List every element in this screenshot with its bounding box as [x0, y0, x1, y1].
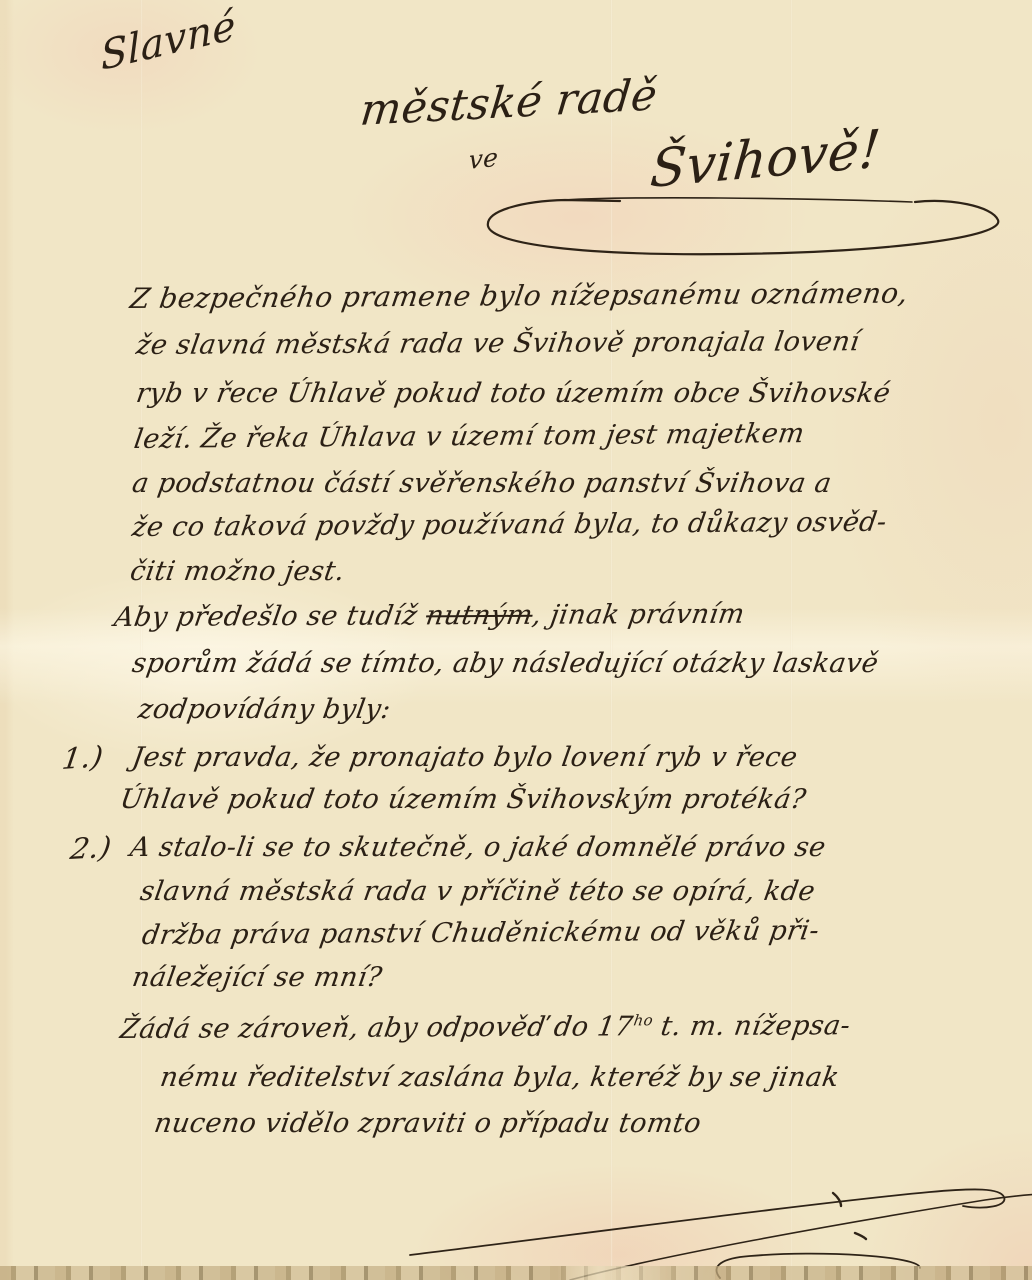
signature-flourish: [400, 1170, 1032, 1280]
list-number-1: 1.): [60, 739, 106, 776]
body-line: zodpovídány byly:: [136, 694, 393, 725]
heading-addressee: městské radě: [358, 70, 660, 136]
body-line: ryb v řece Úhlavě pokud toto územím obce…: [134, 378, 893, 409]
body-line-with-correction: Aby předešlo se tudíž nutným, jinak práv…: [112, 599, 747, 633]
struck-word: nutným: [424, 600, 535, 632]
scan-bottom-edge: [0, 1266, 1032, 1280]
body-text: Žádá se zároveň, aby odpověď do 17: [118, 1011, 635, 1045]
body-line: nuceno vidělo zpraviti o případu tomto: [152, 1108, 703, 1139]
body-line: sporům žádá se tímto, aby následující ot…: [130, 648, 881, 679]
heading-preposition: ve: [468, 143, 499, 175]
body-text: t. m. nížepsa-: [650, 1010, 853, 1042]
body-text: , jinak právním: [530, 599, 747, 631]
body-text: Aby předešlo se tudíž: [112, 600, 429, 633]
heading-salutation: Slavné: [100, 2, 237, 80]
list-number-2: 2.): [68, 830, 114, 866]
body-line: leží. Že řeka Úhlava v území tom jest ma…: [132, 418, 807, 455]
body-line: a podstatnou částí svěřenského panství Š…: [130, 468, 834, 499]
body-line: čiti možno jest.: [128, 556, 347, 587]
letter-page: Slavné městské radě ve Švihově! Z bezpeč…: [0, 0, 1032, 1280]
body-line: že co taková povždy používaná byla, to d…: [130, 507, 889, 543]
body-line: držba práva panství Chuděnickému od věků…: [140, 915, 821, 951]
body-line-with-date: Žádá se zároveň, aby odpověď do 17ho t. …: [118, 1010, 853, 1045]
body-line: nému ředitelství zaslána byla, kteréž by…: [158, 1062, 842, 1093]
body-line: A stalo-li se to skutečně, o jaké domněl…: [128, 832, 828, 863]
body-line: Z bezpečného pramene bylo nížepsanému oz…: [128, 277, 911, 315]
body-line: Jest pravda, že pronajato bylo lovení ry…: [130, 742, 800, 773]
fold-crease-left: [140, 0, 143, 1280]
body-line: že slavná městská rada ve Švihově pronaj…: [134, 326, 862, 361]
body-line: slavná městská rada v příčině této se op…: [138, 876, 817, 907]
body-line: náležející se mní?: [130, 962, 384, 993]
heading-ellipse-flourish: [470, 180, 1020, 270]
body-line: Úhlavě pokud toto územím Švihovským prot…: [118, 784, 808, 815]
